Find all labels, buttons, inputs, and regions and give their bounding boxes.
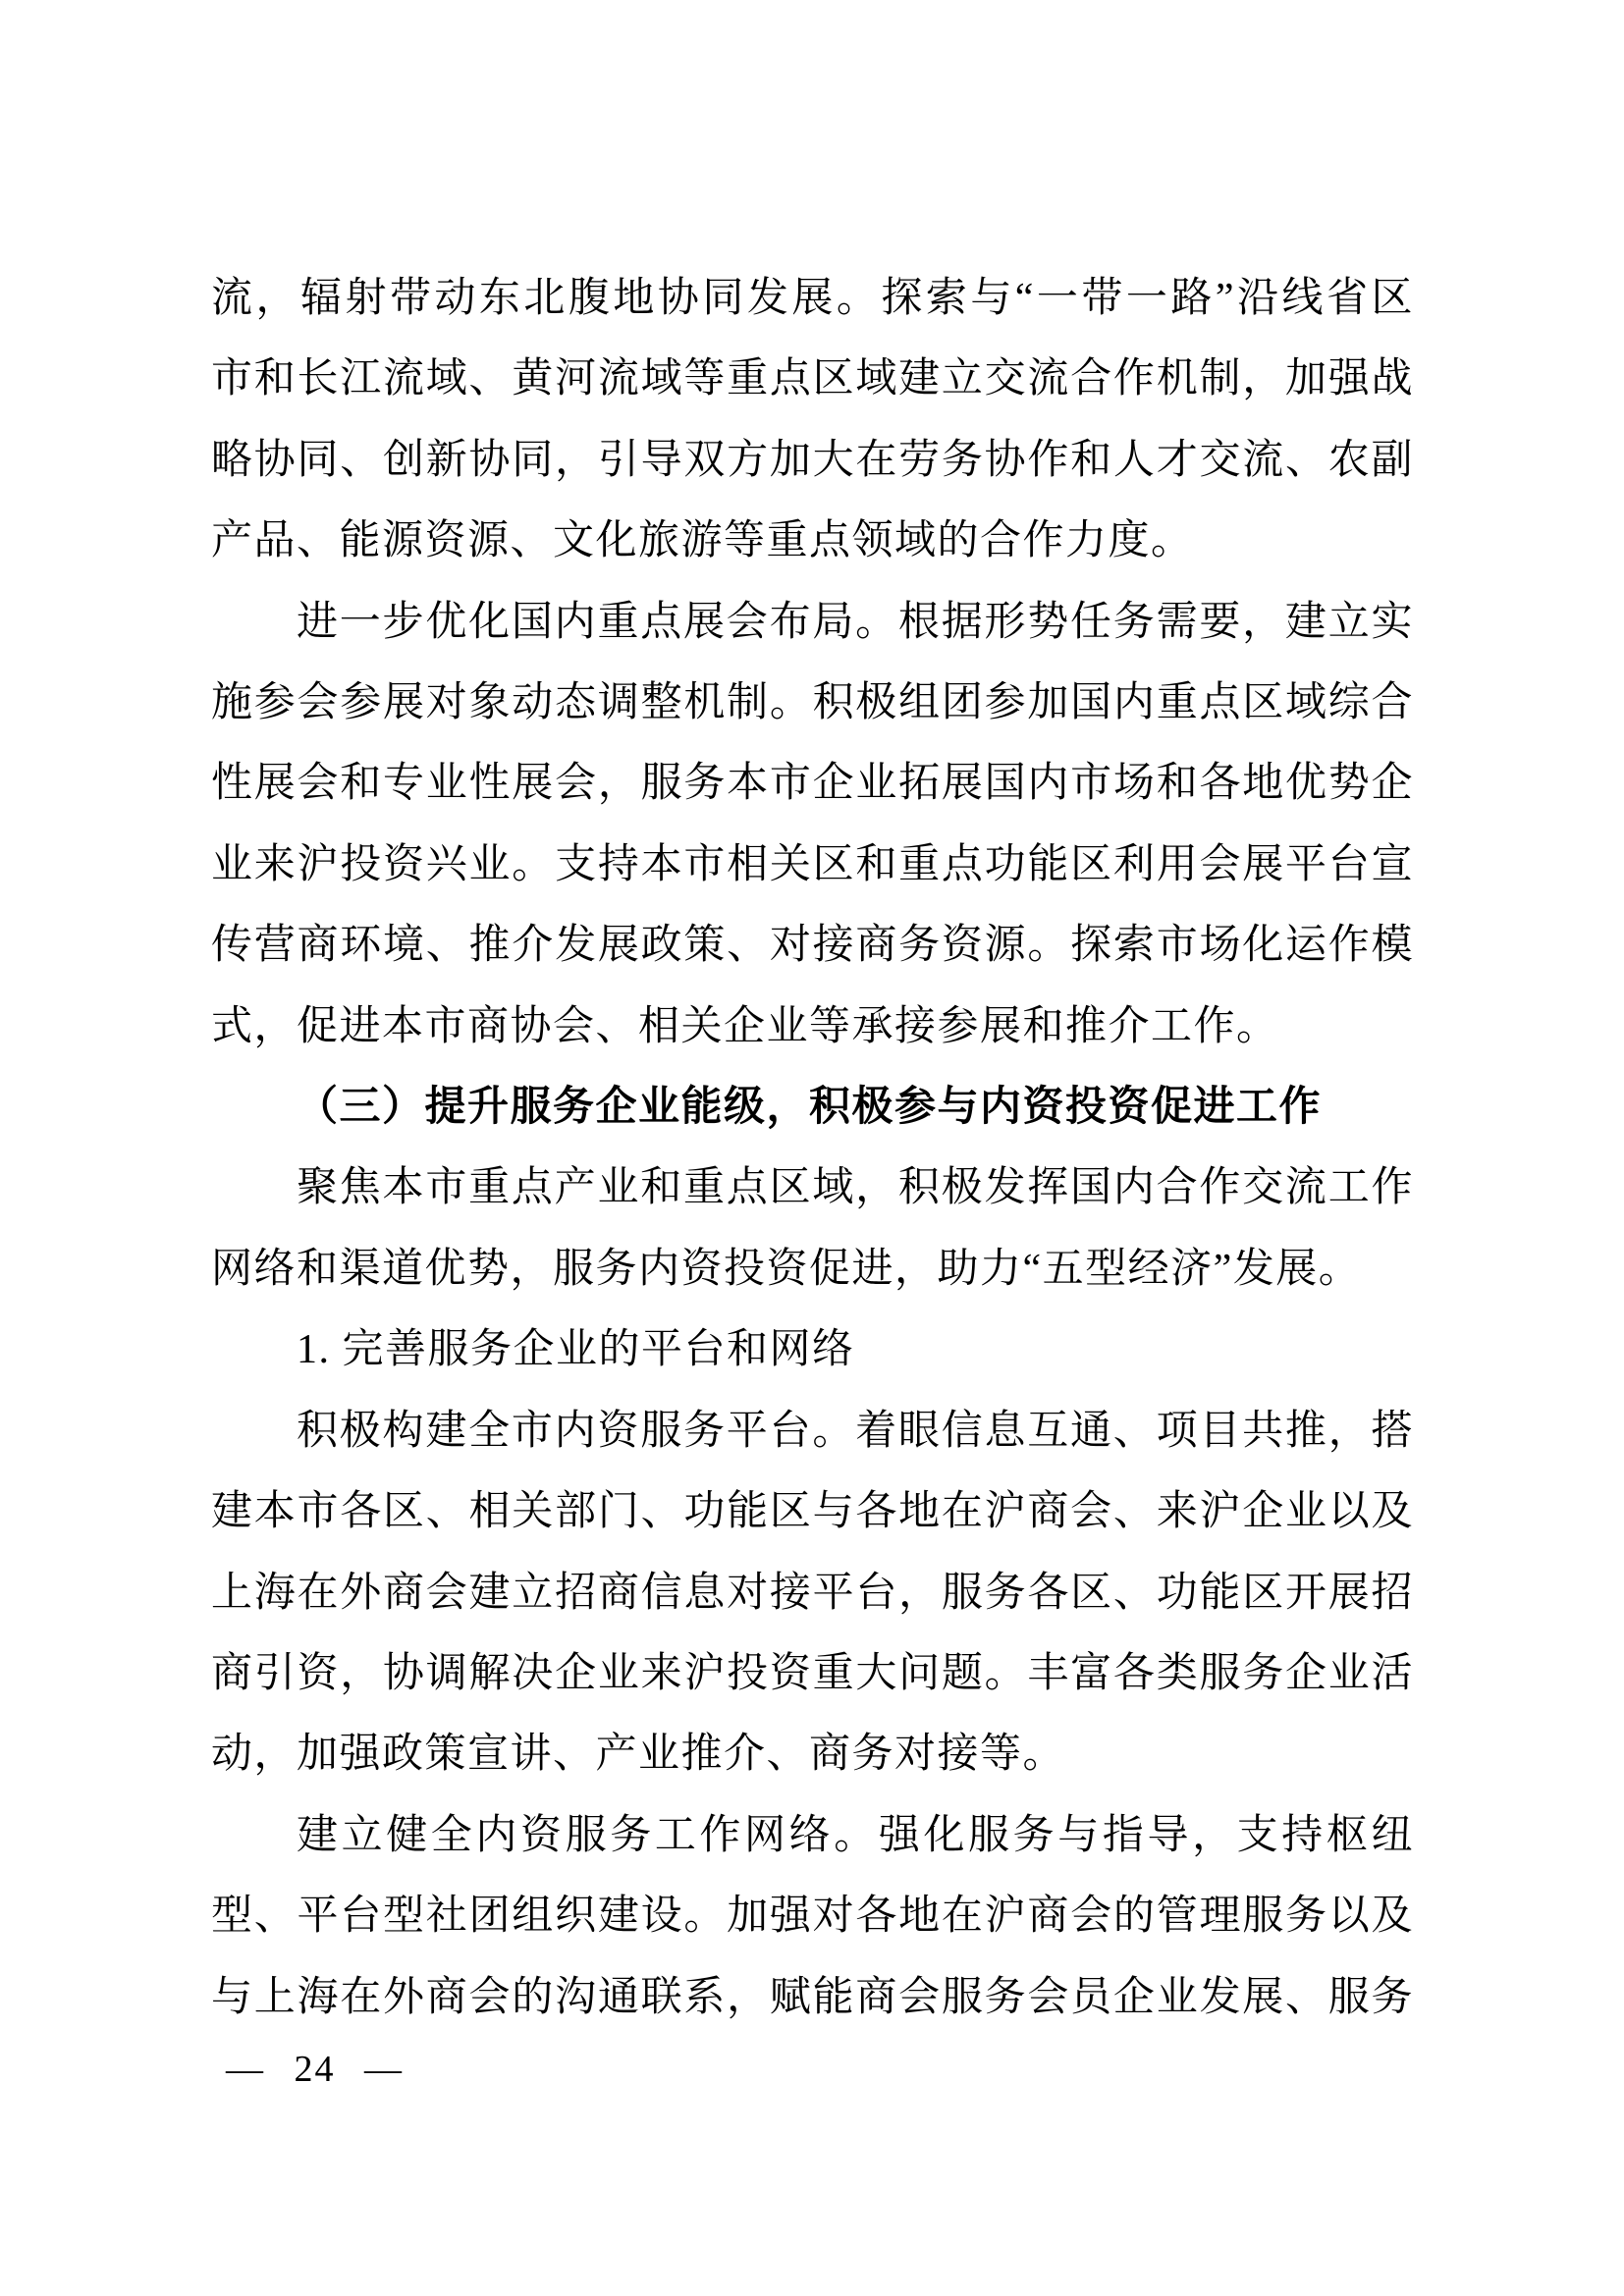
text-line: 聚焦本市重点产业和重点区域，积极发挥国内合作交流工作 xyxy=(211,1148,1414,1228)
text-line: 网络和渠道优势，服务内资投资促进，助力“五型经济”发展。 xyxy=(211,1229,1414,1309)
page-number: 24 xyxy=(295,2048,336,2091)
text-line: 产品、能源资源、文化旅游等重点领域的合作力度。 xyxy=(211,501,1414,581)
text-line: 施参会参展对象动态调整机制。积极组团参加国内重点区域综合 xyxy=(211,663,1414,743)
text-line: 略协同、创新协同，引导双方加大在劳务协作和人才交流、农副 xyxy=(211,420,1414,501)
footer-dash-left: — xyxy=(226,2048,265,2091)
text-line: 业来沪投资兴业。支持本市相关区和重点功能区利用会展平台宣 xyxy=(211,825,1414,905)
text-line: 建本市各区、相关部门、功能区与各地在沪商会、来沪企业以及 xyxy=(211,1471,1414,1552)
text-line: 上海在外商会建立招商信息对接平台，服务各区、功能区开展招 xyxy=(211,1553,1414,1633)
text-line: 式，促进本市商协会、相关企业等承接参展和推介工作。 xyxy=(211,987,1414,1067)
text-line: 进一步优化国内重点展会布局。根据形势任务需要，建立实 xyxy=(211,582,1414,663)
text-line: 1. 完善服务企业的平台和网络 xyxy=(211,1309,1414,1390)
text-line: 与上海在外商会的沟通联系，赋能商会服务会员企业发展、服务 xyxy=(211,1957,1414,2038)
text-line: 动，加强政策宣讲、产业推介、商务对接等。 xyxy=(211,1714,1414,1794)
text-line: 商引资，协调解决企业来沪投资重大问题。丰富各类服务企业活 xyxy=(211,1633,1414,1714)
text-line: 性展会和专业性展会，服务本市企业拓展国内市场和各地优势企 xyxy=(211,743,1414,824)
text-line: 市和长江流域、黄河流域等重点区域建立交流合作机制，加强战 xyxy=(211,339,1414,419)
text-line: 型、平台型社团组织建设。加强对各地在沪商会的管理服务以及 xyxy=(211,1876,1414,1956)
document-body: 流，辐射带动东北腹地协同发展。探索与“一带一路”沿线省区市和长江流域、黄河流域等… xyxy=(211,258,1414,2038)
text-line: 积极构建全市内资服务平台。着眼信息互通、项目共推，搭 xyxy=(211,1391,1414,1471)
footer-dash-right: — xyxy=(364,2048,404,2091)
text-line: 传营商环境、推介发展政策、对接商务资源。探索市场化运作模 xyxy=(211,905,1414,986)
page-footer: — 24 — xyxy=(226,2048,404,2091)
text-line: 建立健全内资服务工作网络。强化服务与指导，支持枢纽 xyxy=(211,1795,1414,1876)
text-line: 流，辐射带动东北腹地协同发展。探索与“一带一路”沿线省区 xyxy=(211,258,1414,339)
section-heading: （三）提升服务企业能级，积极参与内资投资促进工作 xyxy=(211,1067,1414,1148)
document-page: 流，辐射带动东北腹地协同发展。探索与“一带一路”沿线省区市和长江流域、黄河流域等… xyxy=(0,0,1624,2296)
